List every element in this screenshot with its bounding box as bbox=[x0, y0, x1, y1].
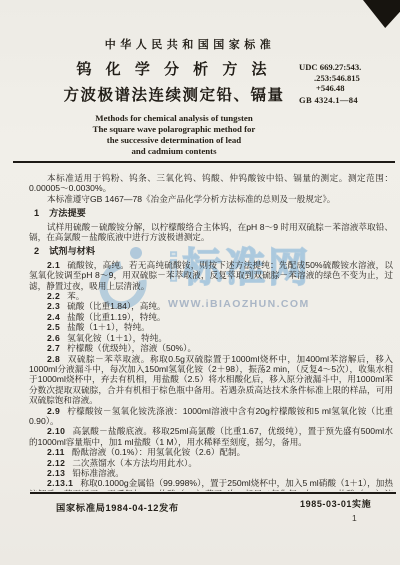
reagent-item: 2.1硫酸铵，高纯。若无高纯硫酸铵，则按下述方法提纯：先配成50%硫酸铵水溶液，… bbox=[29, 260, 393, 291]
standard-number: GB 4324.1—84 bbox=[299, 95, 395, 106]
reagent-item: 2.5盐酸（1＋1），特纯。 bbox=[29, 322, 393, 332]
reagent-item: 2.6氢氧化铵（1＋1），特纯。 bbox=[29, 333, 393, 343]
udc-line: +546.48 bbox=[299, 83, 395, 94]
section-title: 试剂与材料 bbox=[49, 246, 95, 256]
item-text: 盐酸（1＋1），特纯。 bbox=[67, 322, 150, 332]
item-number: 2.10 bbox=[47, 426, 65, 436]
item-text: 柠檬酸（优级纯），溶液（50%）。 bbox=[67, 343, 196, 353]
title-block: 钨 化 学 分 析 方 法 方波极谱法连续测定铅、镉量 Methods for … bbox=[38, 58, 310, 157]
item-number: 2.1 bbox=[47, 260, 60, 270]
item-number: 2.13 bbox=[47, 468, 65, 478]
item-text: 酚酞溶液（0.1%）：用氢氧化铵（2.6）配制。 bbox=[72, 447, 245, 457]
item-text: 苯。 bbox=[67, 291, 84, 301]
footer-effective-date: 1985-03-01实施 bbox=[300, 497, 396, 510]
reagent-item: 2.12二次蒸馏水（本方法均用此水）。 bbox=[29, 458, 393, 468]
section-1-heading: 1方法提要 bbox=[29, 208, 393, 218]
reagent-item: 2.2苯。 bbox=[29, 291, 393, 301]
item-number: 2.3 bbox=[47, 301, 60, 311]
english-title-line: the successive determination of lead bbox=[38, 135, 310, 146]
english-title-line: Methods for chemical analysis of tungste… bbox=[38, 113, 310, 124]
item-number: 2.13.1 bbox=[47, 478, 73, 488]
item-text: 高氯酸－盐酸底液。移取25ml高氯酸（比重1.67，优级纯），置于预先盛有500… bbox=[29, 426, 393, 446]
udc-line: UDC 669.27:543. bbox=[299, 62, 395, 73]
item-text: 硫酸铵，高纯。若无高纯硫酸铵，则按下述方法提纯：先配成50%硫酸铵水溶液，以氢氧… bbox=[29, 260, 393, 291]
item-text: 氢氧化铵（1＋1），特纯。 bbox=[67, 333, 167, 343]
scanned-standard-page: i标准网 WWW.iBIAOZHUN.COM 中华人民共和国国家标准 钨 化 学… bbox=[0, 0, 400, 565]
section-number: 1 bbox=[34, 208, 39, 218]
header-divider bbox=[13, 161, 395, 163]
intro-paragraph: 本标准遵守GB 1467—78《冶金产品化学分析方法标准的总则及一般规定》。 bbox=[29, 194, 393, 204]
national-standard-header: 中华人民共和国国家标准 bbox=[20, 36, 360, 52]
item-text: 二次蒸馏水（本方法均用此水）。 bbox=[72, 458, 197, 468]
item-number: 2.5 bbox=[47, 322, 60, 332]
section-1-paragraph: 试样用硫酸－硫酸铵分解，以柠檬酸络合主体钨，在pH 8～9 时用双硫腙－苯溶液萃… bbox=[29, 222, 393, 243]
document-body: 本标准适用于钨粉、钨条、三氧化钨、钨酸、仲钨酸铵中铅、镉量的测定。测定范围：0.… bbox=[29, 173, 393, 491]
item-number: 2.7 bbox=[47, 343, 60, 353]
udc-line: .253:546.815 bbox=[299, 73, 395, 84]
page-number: 1 bbox=[352, 513, 357, 523]
item-number: 2.4 bbox=[47, 312, 60, 322]
english-title-line: The square wave polarographic method for bbox=[38, 124, 310, 135]
item-number: 2.2 bbox=[47, 291, 60, 301]
item-number: 2.8 bbox=[47, 354, 60, 364]
section-title: 方法提要 bbox=[49, 208, 86, 218]
reagent-item: 2.10高氯酸－盐酸底液。移取25ml高氯酸（比重1.67，优级纯），置于预先盛… bbox=[29, 426, 393, 447]
reagent-item: 2.13.1称取0.1000g金属铅（99.998%），置于250ml烧杯中，加… bbox=[29, 478, 393, 491]
udc-classification-block: UDC 669.27:543. .253:546.815 +546.48 GB … bbox=[299, 62, 395, 105]
item-text: 柠檬酸铵－氢氧化铵洗涤液：1000ml溶液中含有20g柠檬酸铵和5 ml氢氧化铵… bbox=[29, 406, 393, 426]
reagent-item: 2.8双硫腙－苯萃取液。称取0.5g双硫腙置于1000ml烧杯中，加400ml苯… bbox=[29, 354, 393, 406]
item-text: 称取0.1000g金属铅（99.998%），置于250ml烧杯中，加入5 ml硝… bbox=[29, 478, 393, 491]
reagent-item: 2.7柠檬酸（优级纯），溶液（50%）。 bbox=[29, 343, 393, 353]
reagent-item: 2.9柠檬酸铵－氢氧化铵洗涤液：1000ml溶液中含有20g柠檬酸铵和5 ml氢… bbox=[29, 406, 393, 427]
reagent-item: 2.3硫酸（比重1.84），高纯。 bbox=[29, 301, 393, 311]
item-text: 铅标准溶液。 bbox=[72, 468, 124, 478]
intro-paragraph: 本标准适用于钨粉、钨条、三氧化钨、钨酸、仲钨酸铵中铅、镉量的测定。测定范围：0.… bbox=[29, 173, 393, 194]
section-number: 2 bbox=[34, 246, 39, 256]
item-number: 2.9 bbox=[47, 406, 60, 416]
footer-issued-date: 国家标准局1984-04-12发布 bbox=[56, 500, 179, 514]
document-title-cn-line2: 方波极谱法连续测定铅、镉量 bbox=[38, 83, 310, 105]
footer-divider bbox=[30, 492, 396, 494]
item-number: 2.11 bbox=[47, 447, 65, 457]
english-title-line: and cadmium contents bbox=[38, 146, 310, 157]
document-title-cn-line1: 钨 化 学 分 析 方 法 bbox=[38, 58, 310, 79]
document-title-en: Methods for chemical analysis of tungste… bbox=[38, 113, 310, 157]
section-2-heading: 2试剂与材料 bbox=[29, 246, 393, 256]
reagent-item: 2.4盐酸（比重1.19），特纯。 bbox=[29, 312, 393, 322]
item-text: 硫酸（比重1.84），高纯。 bbox=[67, 301, 165, 311]
reagent-item: 2.13铅标准溶液。 bbox=[29, 468, 393, 478]
scan-corner-artifact bbox=[363, 0, 400, 28]
reagent-item: 2.11酚酞溶液（0.1%）：用氢氧化铵（2.6）配制。 bbox=[29, 447, 393, 457]
item-number: 2.6 bbox=[47, 333, 60, 343]
item-text: 盐酸（比重1.19），特纯。 bbox=[67, 312, 165, 322]
item-number: 2.12 bbox=[47, 458, 65, 468]
item-text: 双硫腙－苯萃取液。称取0.5g双硫腙置于1000ml烧杯中，加400ml苯溶解后… bbox=[29, 354, 393, 406]
